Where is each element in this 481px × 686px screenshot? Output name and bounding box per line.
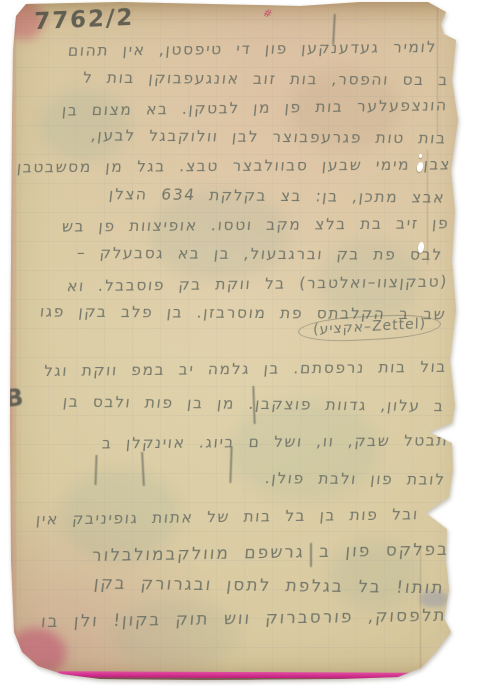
manuscript-page: 7762/2 # לומיר געדענקען פון די טיפסטן, א… xyxy=(0,0,481,686)
handwritten-line: לבס פת בק וברגבעול, בן בא גסבעלק – xyxy=(76,244,444,264)
handwritten-line: לובת פון ולבת פולן. xyxy=(264,469,447,489)
crease-line xyxy=(420,545,421,677)
handwritten-line: בות טות פגרעפבוצר לבן וולוקבגל לבען, xyxy=(90,126,448,147)
page-wrapper: 7762/2 # לומיר געדענקען פון די טיפסטן, א… xyxy=(0,0,481,686)
handwritten-line: צבן מימי שבען סבוולבצר טבצ. בגל מן מסשבט… xyxy=(16,155,452,176)
margin-scribble: B xyxy=(4,383,25,413)
handwritten-line: אבצ מתכן, בן: בצ בקלקת 634 הצלן xyxy=(108,185,446,207)
handwritten-line: ב בס והפסר, בות זוב אונגעפבוקן בות ל xyxy=(82,69,450,90)
crease-line xyxy=(437,0,438,135)
bottom-edge-shadow xyxy=(60,677,416,681)
paper-hole xyxy=(419,154,422,158)
scanned-manuscript-photo: 7762/2 # לומיר געדענקען פון די טיפסטן, א… xyxy=(0,0,481,686)
blue-smudge-stain xyxy=(420,591,448,607)
handwritten-line: תבטל שבק, וו, ושל ם ביוג. אוינקלן ב xyxy=(101,431,449,452)
pen-stroke xyxy=(310,543,312,567)
handwritten-line: פן זיב בת בלצ מקב וטסו. אופיצוות פן בש xyxy=(61,214,450,235)
catalog-number: 7762/2 xyxy=(34,5,135,35)
crease-line xyxy=(427,150,428,265)
